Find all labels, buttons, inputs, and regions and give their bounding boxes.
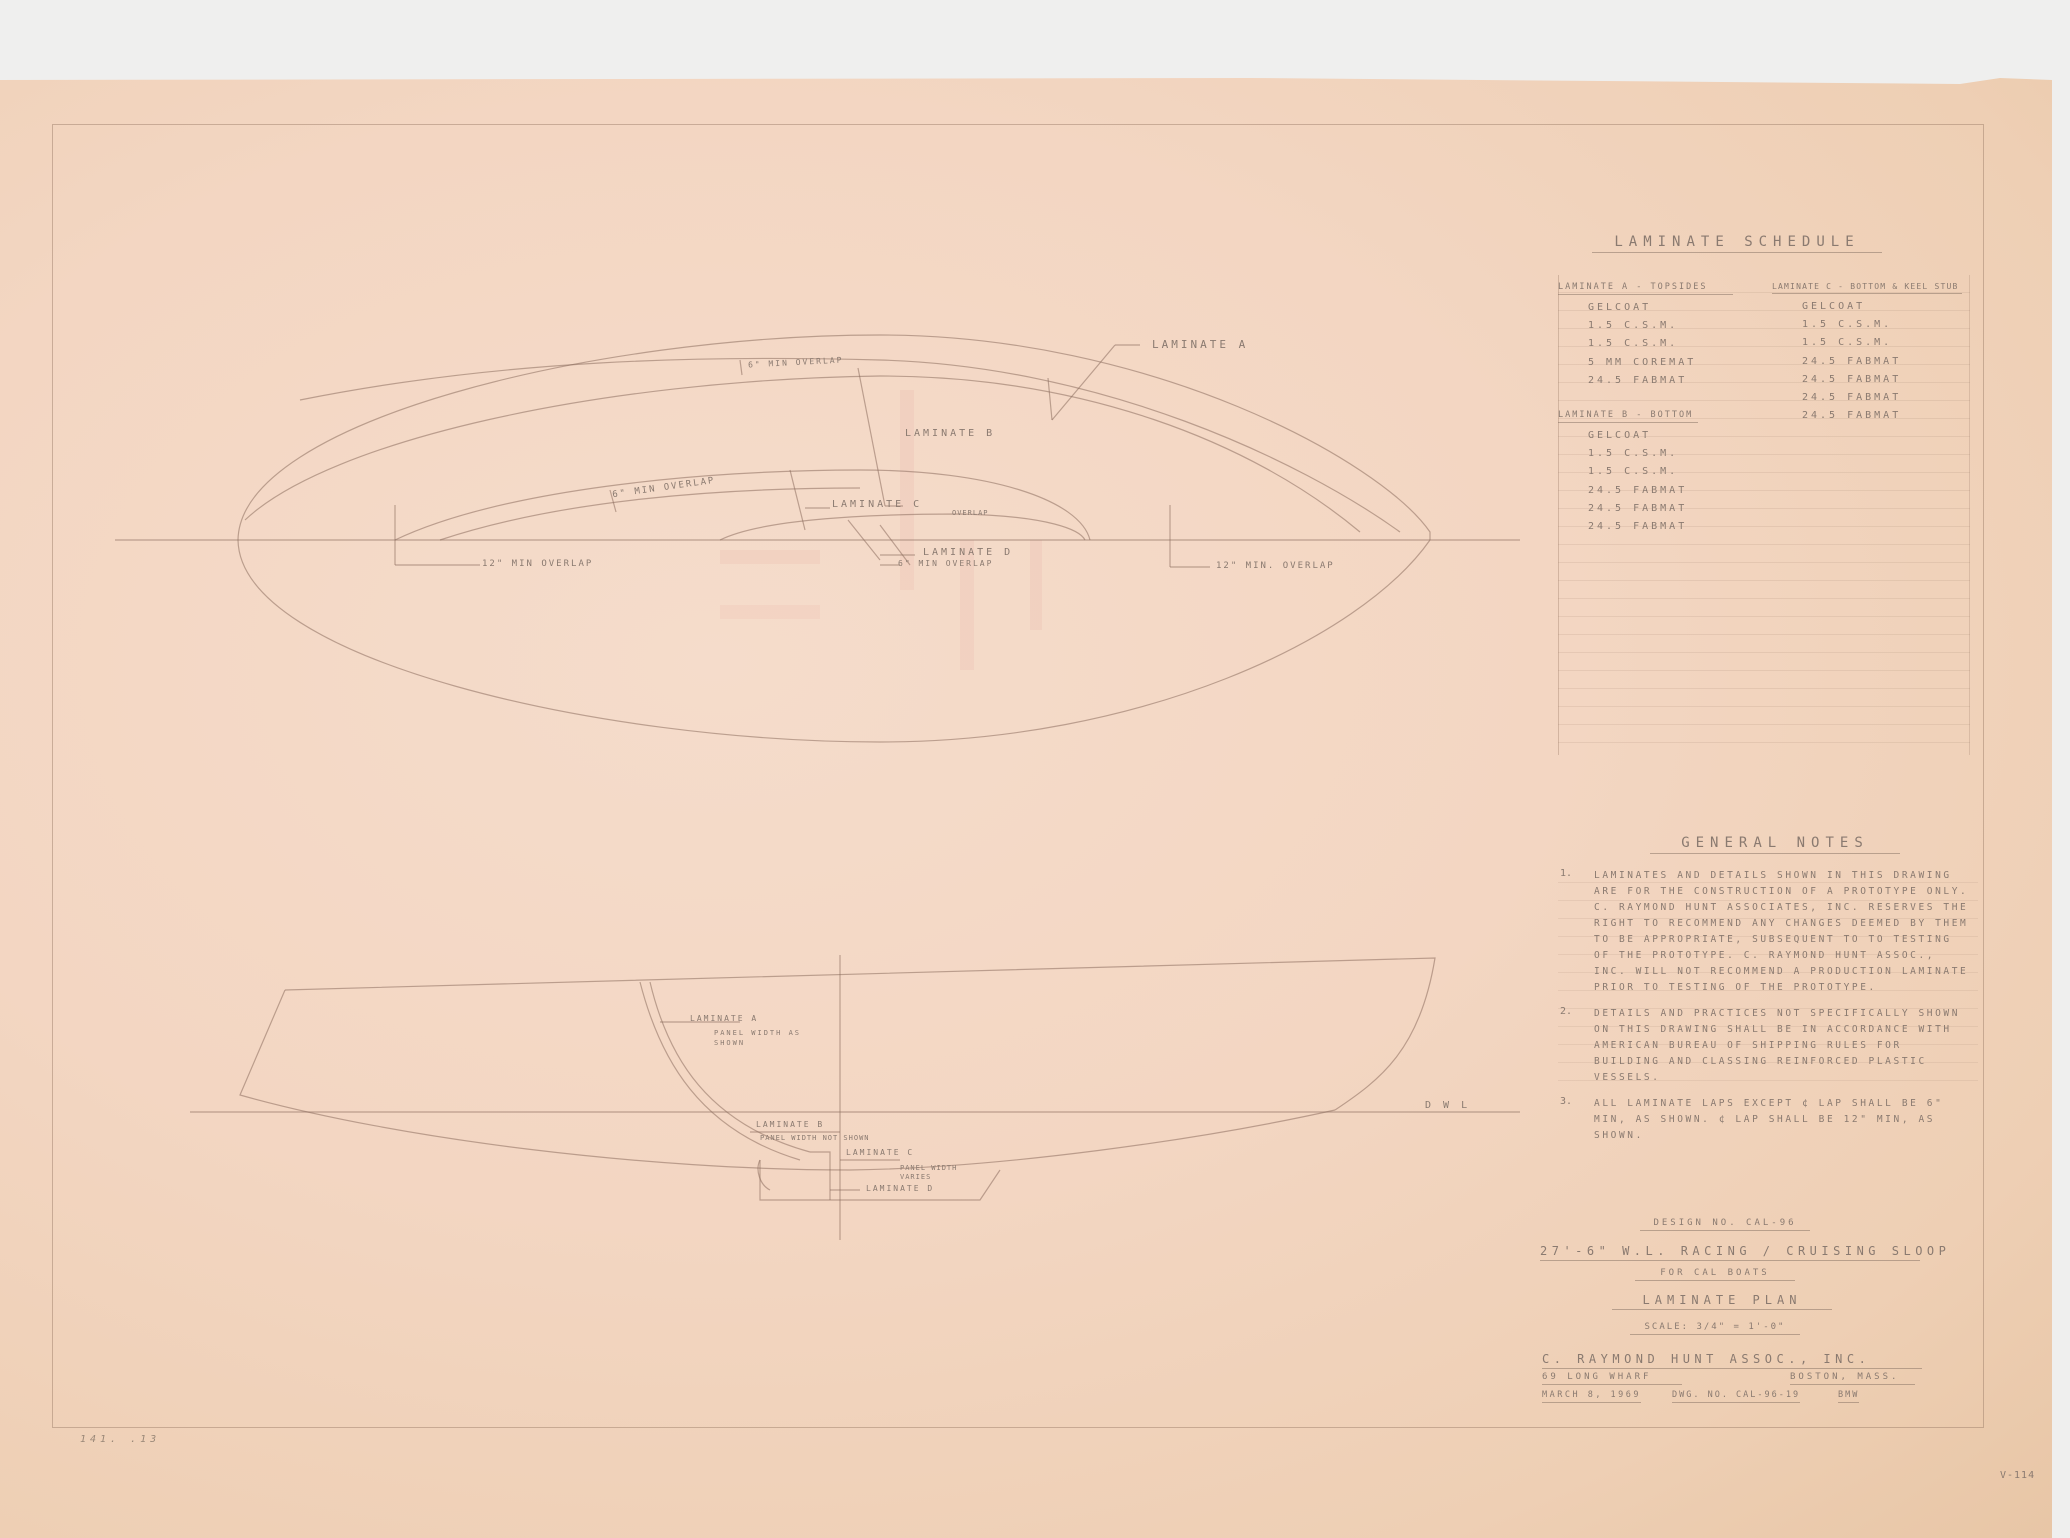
schedule-item: 24.5 Fabmat bbox=[1588, 500, 1698, 518]
schedule-title: Laminate Schedule bbox=[1592, 234, 1882, 253]
title-vessel: 27'-6" W.L. Racing / Cruising Sloop bbox=[1540, 1244, 1920, 1261]
note-number: 1. bbox=[1560, 868, 1594, 996]
note-text: All laminate laps except ¢ lap shall be … bbox=[1594, 1096, 1974, 1144]
schedule-item: Gelcoat bbox=[1802, 298, 1962, 316]
plan-label-overlap-12-left: 12" Min Overlap bbox=[482, 559, 593, 569]
schedule-item: 1.5 C.S.M. bbox=[1588, 463, 1698, 481]
schedule-item: 24.5 Fabmat bbox=[1802, 389, 1962, 407]
profile-note-laminate-c: Panel Width Varies bbox=[900, 1164, 960, 1182]
schedule-item: 1.5 C.S.M. bbox=[1588, 317, 1733, 335]
plan-label-overlap-12-right: 12" Min. Overlap bbox=[1216, 561, 1335, 571]
profile-label-laminate-b: Laminate B bbox=[756, 1120, 824, 1129]
note-number: 2. bbox=[1560, 1006, 1594, 1086]
schedule-item: 24.5 Fabmat bbox=[1588, 372, 1733, 390]
title-date: March 8, 1969 bbox=[1542, 1390, 1641, 1403]
title-sheet: Laminate Plan bbox=[1612, 1293, 1832, 1310]
schedule-group-heading: Laminate B - Bottom bbox=[1558, 410, 1698, 423]
note-text: Details and practices not specifically s… bbox=[1594, 1006, 1974, 1086]
note-number: 3. bbox=[1560, 1096, 1594, 1144]
schedule-group-c: Laminate C - Bottom & Keel Stub Gelcoat … bbox=[1772, 282, 1962, 425]
schedule-item: 1.5 C.S.M. bbox=[1802, 334, 1962, 352]
note-text: Laminates and details shown in this draw… bbox=[1594, 868, 1974, 996]
schedule-item: 24.5 Fabmat bbox=[1802, 371, 1962, 389]
schedule-item: Gelcoat bbox=[1588, 427, 1698, 445]
profile-note-laminate-b: Panel Width Not Shown bbox=[760, 1134, 870, 1142]
title-city: Boston, Mass. bbox=[1790, 1372, 1915, 1385]
notes-title: General Notes bbox=[1650, 835, 1900, 854]
schedule-item: Gelcoat bbox=[1588, 299, 1733, 317]
schedule-item: 24.5 Fabmat bbox=[1802, 407, 1962, 425]
note-item: 2. Details and practices not specificall… bbox=[1560, 1006, 1974, 1086]
schedule-item: 24.5 Fabmat bbox=[1588, 518, 1698, 536]
schedule-group-heading: Laminate A - Topsides bbox=[1558, 282, 1733, 295]
title-client: For Cal Boats bbox=[1635, 1268, 1795, 1281]
profile-note-laminate-a: Panel Width as Shown bbox=[714, 1028, 804, 1048]
schedule-item: 1.5 C.S.M. bbox=[1802, 316, 1962, 334]
profile-label-laminate-c: Laminate C bbox=[846, 1148, 914, 1157]
general-notes-list: 1. Laminates and details shown in this d… bbox=[1560, 868, 1974, 1154]
plan-label-laminate-a: Laminate A bbox=[1152, 338, 1248, 351]
title-design-no: Design No. CAL-96 bbox=[1640, 1218, 1810, 1231]
note-item: 3. All laminate laps except ¢ lap shall … bbox=[1560, 1096, 1974, 1144]
schedule-item: 24.5 Fabmat bbox=[1802, 353, 1962, 371]
title-scale: Scale: 3/4" = 1'-0" bbox=[1630, 1322, 1800, 1335]
profile-label-laminate-a: Laminate A bbox=[690, 1014, 758, 1023]
schedule-group-b: Laminate B - Bottom Gelcoat 1.5 C.S.M. 1… bbox=[1558, 410, 1698, 536]
title-drawn-by: BMW bbox=[1838, 1390, 1859, 1403]
title-dwg-no: Dwg. No. CAL-96-19 bbox=[1672, 1390, 1800, 1403]
plan-label-laminate-b: Laminate B bbox=[905, 428, 995, 439]
title-firm: C. Raymond Hunt Assoc., Inc. bbox=[1542, 1352, 1922, 1369]
plan-label-overlap-low: 6" Min Overlap bbox=[898, 559, 993, 568]
margin-mark-left: 141. .13 bbox=[80, 1434, 160, 1445]
schedule-item: 5 MM Coremat bbox=[1588, 354, 1733, 372]
profile-label-dwl: D W L bbox=[1425, 1100, 1470, 1111]
title-address: 69 Long Wharf bbox=[1542, 1372, 1682, 1385]
schedule-item: 24.5 Fabmat bbox=[1588, 482, 1698, 500]
schedule-item: 1.5 C.S.M. bbox=[1588, 335, 1733, 353]
margin-mark-right: V-114 bbox=[2000, 1470, 2035, 1481]
plan-label-overlap-small: Overlap bbox=[952, 509, 989, 517]
profile-label-laminate-d: Laminate D bbox=[866, 1184, 934, 1193]
plan-label-laminate-c: Laminate C bbox=[832, 499, 922, 510]
plan-label-laminate-d: Laminate D bbox=[923, 547, 1013, 558]
schedule-group-heading: Laminate C - Bottom & Keel Stub bbox=[1772, 282, 1962, 294]
schedule-group-a: Laminate A - Topsides Gelcoat 1.5 C.S.M.… bbox=[1558, 282, 1733, 390]
schedule-item: 1.5 C.S.M. bbox=[1588, 445, 1698, 463]
note-item: 1. Laminates and details shown in this d… bbox=[1560, 868, 1974, 996]
